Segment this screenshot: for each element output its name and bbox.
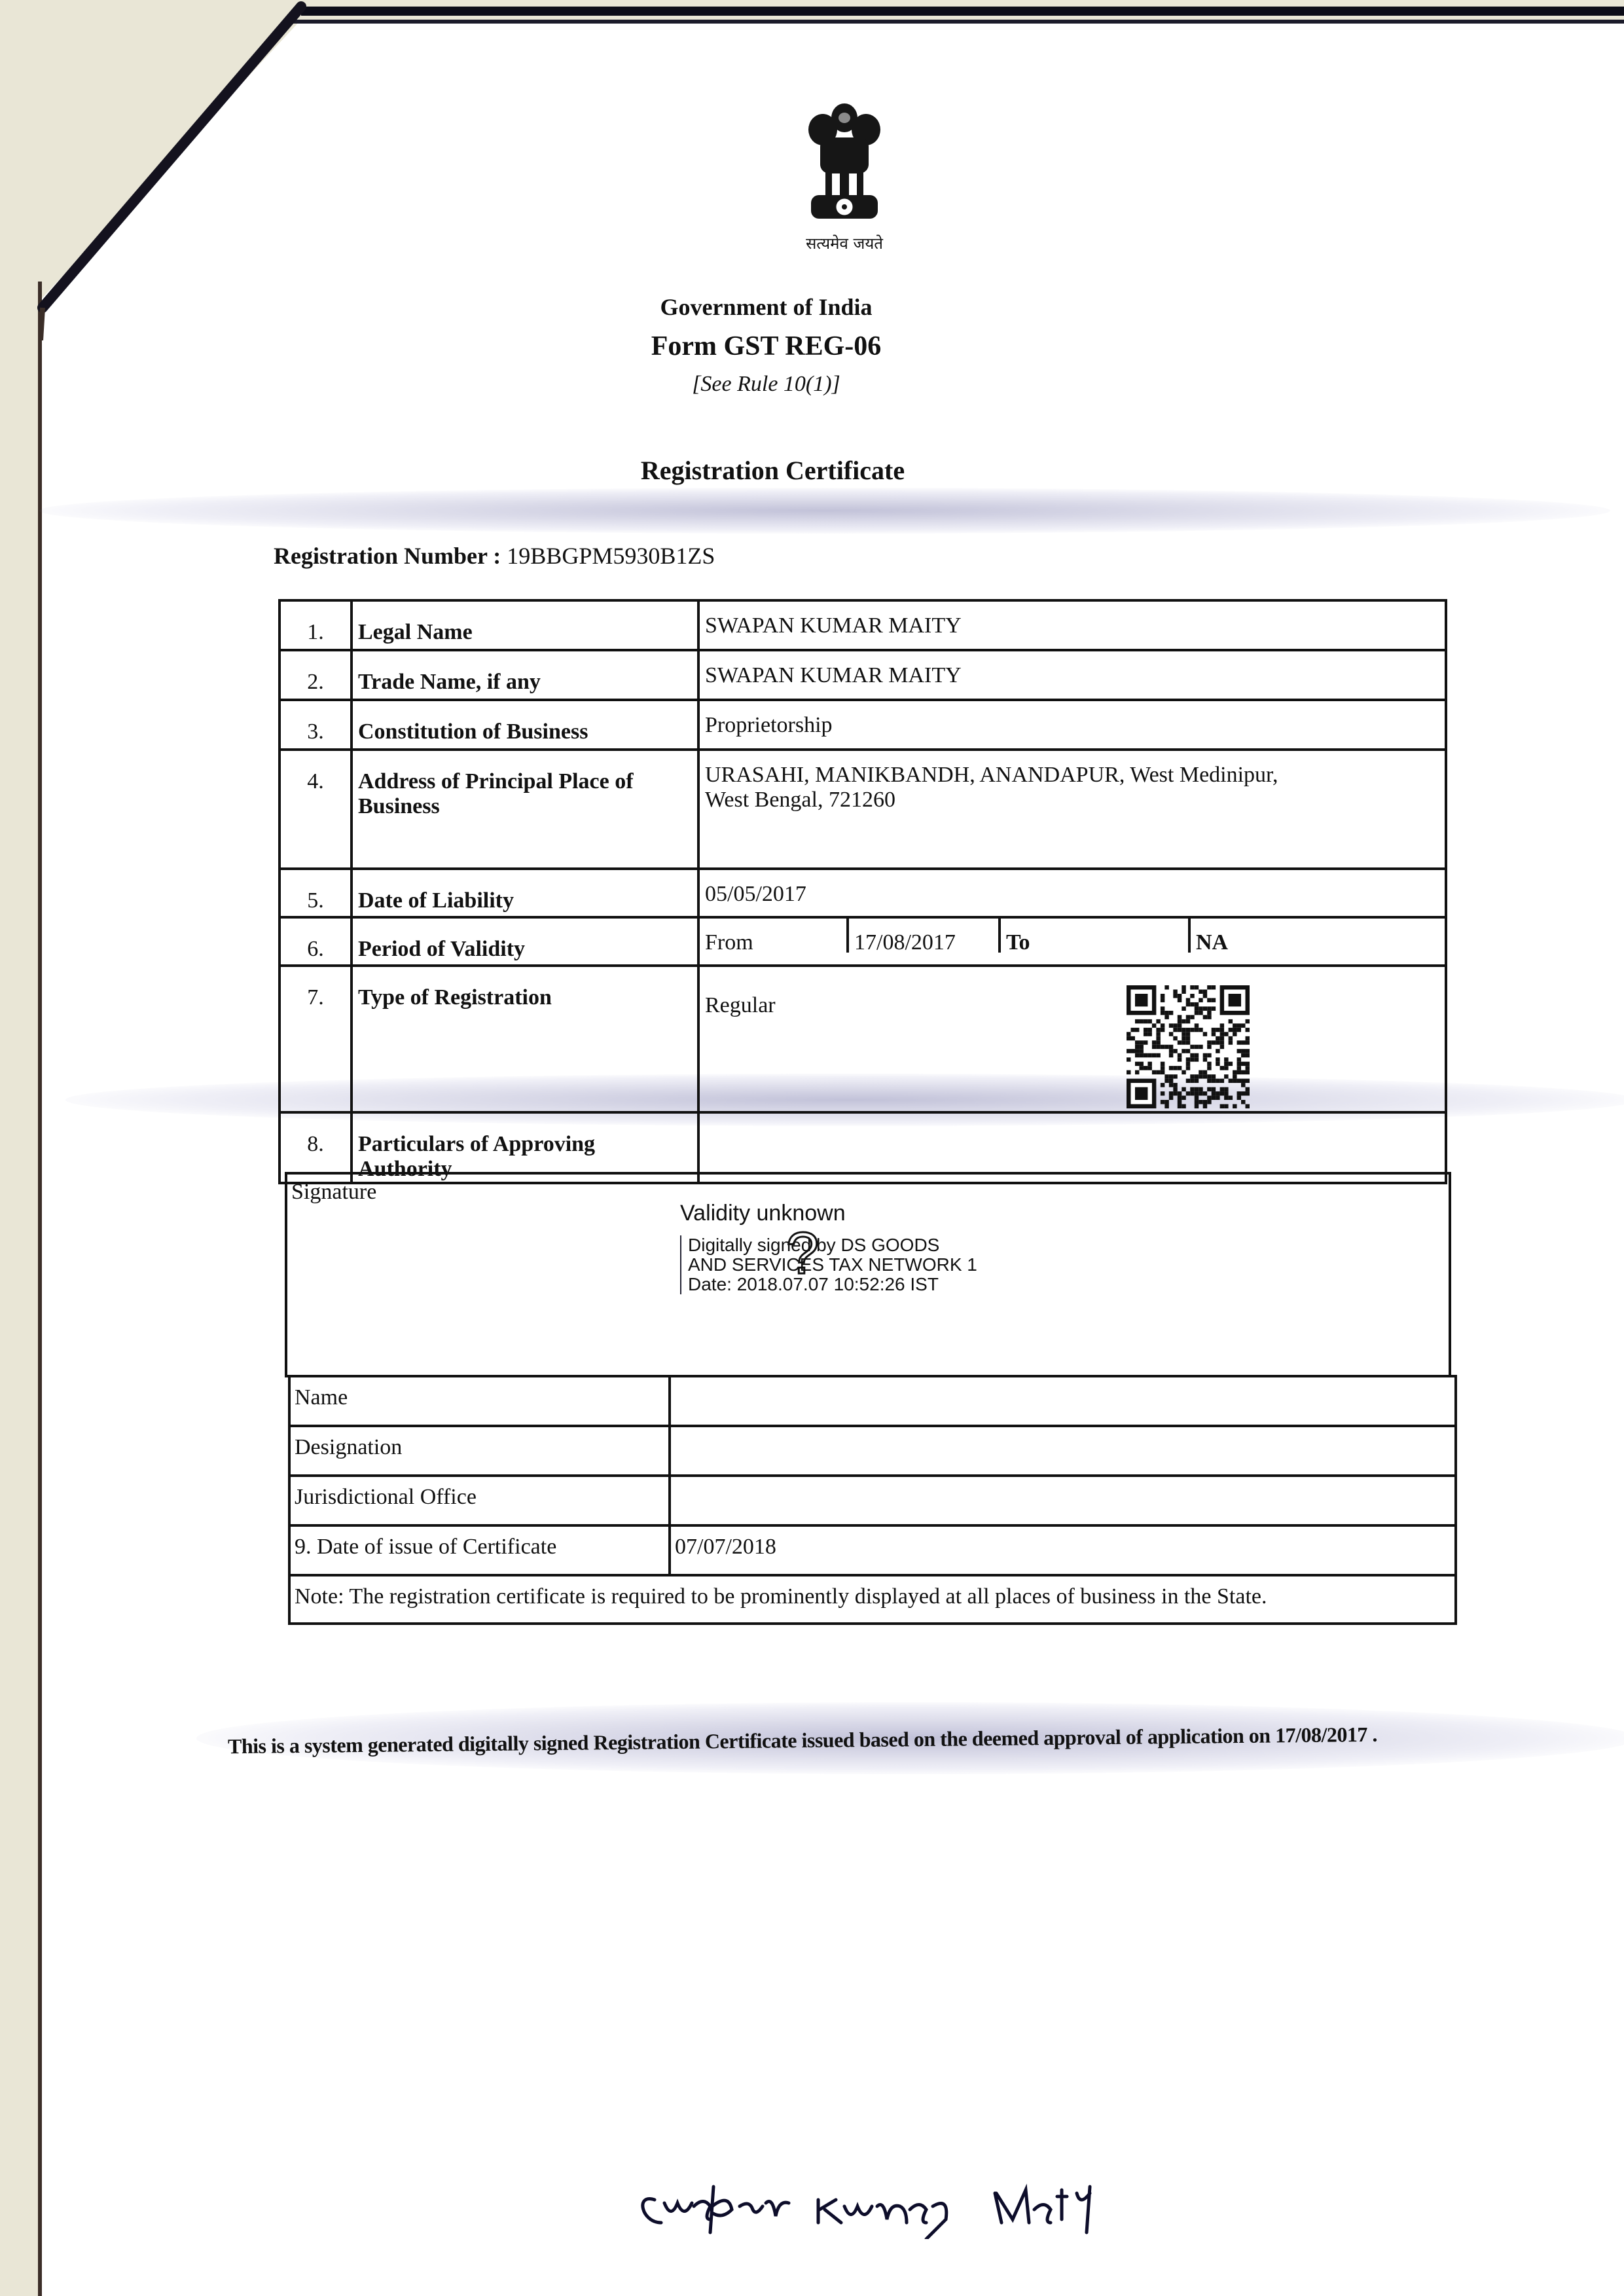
authority-name-value — [670, 1376, 1456, 1426]
signature-block: Signature Validity unknown ? Digitally s… — [285, 1172, 1451, 1377]
digital-signature[interactable]: Validity unknown ? Digitally signed by D… — [680, 1201, 977, 1294]
issue-date-label: 9. Date of issue of Certificate — [289, 1525, 670, 1575]
row-number: 1. — [280, 600, 352, 650]
qr-code-icon[interactable] — [1124, 985, 1252, 1108]
registration-type-label: Type of Registration — [352, 966, 698, 1112]
validity-from-date: 17/08/2017 — [849, 919, 1001, 953]
emblem-motto: सत्यमेव जयते — [772, 232, 916, 254]
form-title: Form GST REG-06 — [0, 331, 1578, 362]
row-number: 5. — [280, 869, 352, 917]
authority-name-label: Name — [289, 1376, 670, 1426]
national-emblem-icon — [802, 98, 887, 223]
registration-number-value: 19BBGPM5930B1ZS — [507, 543, 715, 569]
table-row: 3. Constitution of Business Proprietorsh… — [280, 700, 1446, 750]
validity-unknown-icon: ? — [786, 1220, 819, 1288]
address-label: Address of Principal Place of Business — [352, 750, 698, 869]
table-row: Designation — [289, 1426, 1456, 1476]
certificate-details-table: 1. Legal Name SWAPAN KUMAR MAITY 2. Trad… — [278, 599, 1447, 1184]
scan-edge-left — [38, 282, 42, 2296]
registration-number-label: Registration Number : — [274, 543, 501, 569]
address-value: URASAHI, MANIKBANDH, ANANDAPUR, West Med… — [698, 750, 1446, 869]
table-row: 1. Legal Name SWAPAN KUMAR MAITY — [280, 600, 1446, 650]
signature-signer: Digitally signed by DS GOODS — [688, 1235, 977, 1255]
validity-to-label: To — [1001, 919, 1191, 953]
row-number: 2. — [280, 650, 352, 700]
address-line-2: West Bengal, 721260 — [705, 788, 1439, 812]
table-row: 6. Period of Validity From 17/08/2017 To… — [280, 917, 1446, 966]
display-note: Note: The registration certificate is re… — [289, 1575, 1456, 1624]
trade-name-value: SWAPAN KUMAR MAITY — [698, 650, 1446, 700]
handwritten-signature — [628, 2160, 1126, 2239]
designation-value — [670, 1426, 1456, 1476]
rule-reference: [See Rule 10(1)] — [0, 372, 1578, 397]
row-number: 7. — [280, 966, 352, 1112]
authority-table: Name Designation Jurisdictional Office 9… — [288, 1375, 1457, 1625]
signature-cell: Signature Validity unknown ? Digitally s… — [286, 1173, 1450, 1376]
scan-edge-top-inner — [291, 20, 1624, 24]
signature-date: Date: 2018.07.07 10:52:26 IST — [688, 1275, 977, 1294]
certificate-title: Registration Certificate — [0, 455, 1585, 486]
table-row: 9. Date of issue of Certificate 07/07/20… — [289, 1525, 1456, 1575]
designation-label: Designation — [289, 1426, 670, 1476]
government-heading: Government of India — [0, 293, 1578, 321]
constitution-label: Constitution of Business — [352, 700, 698, 750]
signature-details: Digitally signed by DS GOODS AND SERVICE… — [680, 1235, 977, 1294]
date-of-liability-value: 05/05/2017 — [698, 869, 1446, 917]
constitution-value: Proprietorship — [698, 700, 1446, 750]
validity-from-label: From — [700, 919, 849, 953]
issue-date-value: 07/07/2018 — [670, 1525, 1456, 1575]
date-of-liability-label: Date of Liability — [352, 869, 698, 917]
row-number: 6. — [280, 917, 352, 966]
scan-edge-top — [301, 7, 1624, 16]
period-of-validity-value: From 17/08/2017 To NA — [698, 917, 1446, 966]
table-row: 5. Date of Liability 05/05/2017 — [280, 869, 1446, 917]
validity-to-date: NA — [1191, 919, 1445, 953]
signature-validity: Validity unknown — [680, 1201, 977, 1226]
legal-name-value: SWAPAN KUMAR MAITY — [698, 600, 1446, 650]
jurisdictional-office-label: Jurisdictional Office — [289, 1476, 670, 1525]
table-row: 7. Type of Registration Regular — [280, 966, 1446, 1112]
address-line-1: URASAHI, MANIKBANDH, ANANDAPUR, West Med… — [705, 763, 1439, 788]
row-number: 3. — [280, 700, 352, 750]
legal-name-label: Legal Name — [352, 600, 698, 650]
registration-number: Registration Number : 19BBGPM5930B1ZS — [274, 542, 715, 570]
table-row: 2. Trade Name, if any SWAPAN KUMAR MAITY — [280, 650, 1446, 700]
registration-type-value: Regular — [698, 966, 1446, 1112]
row-number: 4. — [280, 750, 352, 869]
period-of-validity-label: Period of Validity — [352, 917, 698, 966]
table-row: 4. Address of Principal Place of Busines… — [280, 750, 1446, 869]
table-row: Name — [289, 1376, 1456, 1426]
table-row: Jurisdictional Office — [289, 1476, 1456, 1525]
table-row: Note: The registration certificate is re… — [289, 1575, 1456, 1624]
signature-signer-org: AND SERVICES TAX NETWORK 1 — [688, 1255, 977, 1275]
trade-name-label: Trade Name, if any — [352, 650, 698, 700]
jurisdictional-office-value — [670, 1476, 1456, 1525]
